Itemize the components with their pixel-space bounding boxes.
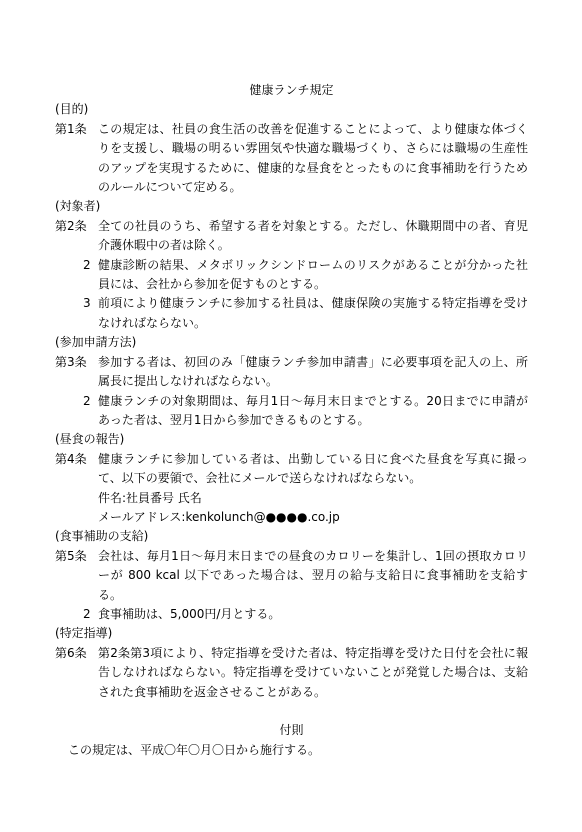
article-label: 第5条 [55,547,98,566]
article-label: 第3条 [55,353,98,372]
article-text: 第2条第3項により、特定指導を受けた者は、特定指導を受けた日付を会社に報告しなけ… [98,644,528,702]
section-heading-purpose: (目的) [55,100,528,119]
article-text: 参加する者は、初回のみ「健康ランチ参加申請書」に必要事項を記入の上、所属長に提出… [98,353,528,392]
section-heading-specific-guidance: (特定指導) [55,624,528,643]
article-label: 第1条 [55,120,98,139]
article-text: 食事補助は、5,000円/月とする。 [98,605,528,624]
document-page: 健康ランチ規定 (目的) 第1条 この規定は、社員の食生活の改善を促進することに… [0,0,582,832]
article-text: 健康ランチの対象期間は、毎月1日〜毎月末日までとする。20日までに申請があった者… [98,392,528,431]
article-row: 第6条 第2条第3項により、特定指導を受けた者は、特定指導を受けた日付を会社に報… [55,644,528,702]
section-heading-eligibility: (対象者) [55,197,528,216]
article-row: 第2条 全ての社員のうち、希望する者を対象とする。ただし、休職期間中の者、育児介… [55,217,528,256]
article-subrow: 2 健康診断の結果、メタボリックシンドロームのリスクがあることが分かった社員には… [55,256,528,295]
appendix-text: この規定は、平成〇年〇月〇日から施行する。 [55,741,528,760]
section-heading-lunch-report: (昼食の報告) [55,430,528,449]
blank-line [55,702,528,721]
appendix-heading: 付則 [55,721,528,740]
article-label: 第6条 [55,644,98,663]
article-sub-number: 3 [55,294,98,313]
article-label: 第2条 [55,217,98,236]
article-label: 第4条 [55,450,98,469]
article-row: 第3条 参加する者は、初回のみ「健康ランチ参加申請書」に必要事項を記入の上、所属… [55,353,528,392]
article-text: 健康診断の結果、メタボリックシンドロームのリスクがあることが分かった社員には、会… [98,256,528,295]
article-subrow: 2 健康ランチの対象期間は、毎月1日〜毎月末日までとする。20日までに申請があっ… [55,392,528,431]
article-sub-number: 2 [55,256,98,275]
article-subrow: 3 前項により健康ランチに参加する社員は、健康保険の実施する特定指導を受けなけれ… [55,294,528,333]
article-row: 第5条 会社は、毎月1日〜毎月末日までの昼食のカロリーを集計し、1回の摂取カロリ… [55,547,528,605]
article-text: この規定は、社員の食生活の改善を促進することによって、より健康な体づくりを支援し… [98,120,528,198]
article-text: 全ての社員のうち、希望する者を対象とする。ただし、休職期間中の者、育児介護休暇中… [98,217,528,256]
article-subrow: 2 食事補助は、5,000円/月とする。 [55,605,528,624]
article-row: 第4条 健康ランチに参加している者は、出勤している日に食べた昼食を写真に撮って、… [55,450,528,528]
article-row: 第1条 この規定は、社員の食生活の改善を促進することによって、より健康な体づくり… [55,120,528,198]
article-text: 会社は、毎月1日〜毎月末日までの昼食のカロリーを集計し、1回の摂取カロリーが 8… [98,547,528,605]
section-heading-meal-subsidy: (食事補助の支給) [55,527,528,546]
section-heading-application: (参加申請方法) [55,333,528,352]
article-sub-number: 2 [55,392,98,411]
article-sub-number: 2 [55,605,98,624]
page-title: 健康ランチ規定 [55,81,528,100]
article-text: 前項により健康ランチに参加する社員は、健康保険の実施する特定指導を受けなければな… [98,294,528,333]
article-text: 健康ランチに参加している者は、出勤している日に食べた昼食を写真に撮って、以下の要… [98,450,528,528]
